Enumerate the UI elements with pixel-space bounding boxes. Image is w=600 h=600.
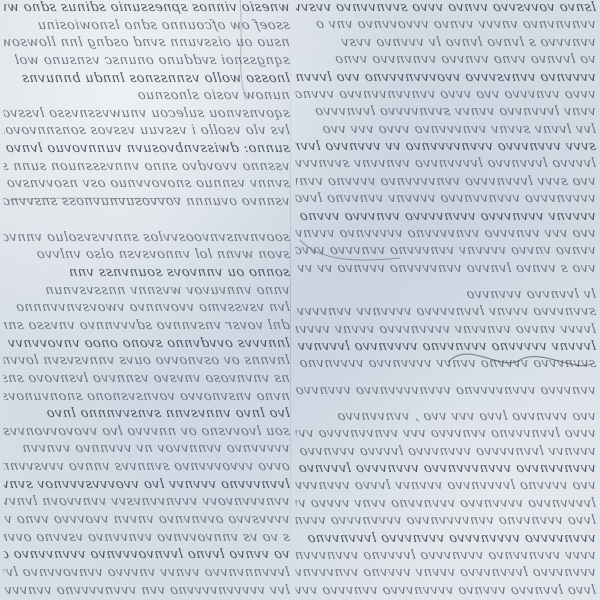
manuscript-line: vvvnvvvo lvvvnvvvo vvvnv vvvvno vvnvvvnv… xyxy=(295,565,597,582)
manuscript-line: vvo svvv lvvvnvvvo vvnvvvvnvo vvvvno vvn… xyxy=(295,174,597,191)
manuscript-line: sou lvovvsno ov nnvvvo lvo vvovovvonvvs xyxy=(3,424,291,442)
manuscript-column-right: lsnvo vovvsvvo vvnvo vvvo svvnvvnvo vvsv… xyxy=(296,0,596,600)
manuscript-line: vvvo lvvnvvvno vvnvvvo vvv vvnvvnvvvo vv… xyxy=(295,426,597,443)
manuscript-line: ns vnvnvoso vnvsvo vsnnvvo lvsnvovo sns … xyxy=(3,371,291,389)
manuscript-line: sqovnsvnou sulecou vnuwvssnvsso lvssvou xyxy=(3,106,291,124)
manuscript-line: vvnvvvo s lvnvo lvnvo lv vvvnvo vvsv xyxy=(295,35,597,52)
manuscript-line: vvnvnvnvo vnvvv vvnvo vvvovvnvo vnv o xyxy=(295,17,597,34)
manuscript-line: lsnvo vovvsvvo vvnvo vvvo svvnvvnvo vvsv… xyxy=(295,0,597,17)
manuscript-line: vvvvnvvvo vvvnvvnvvo vvvvnv vvnvvno lvvo xyxy=(295,191,597,208)
manuscript-line: lvvo vvvnvvno vvnvvvvnvvo vvvvnvvvo vvvn… xyxy=(295,513,597,530)
manuscript-line: soovnvnsvnvoosvvlos snnvvsvsoluo vnnvo xyxy=(3,230,291,248)
manuscript-line: svon wvnn lol vnnovsvsn olso vnlvvo xyxy=(3,247,291,265)
manuscript-line xyxy=(295,374,596,383)
manuscript-line: vvnvvvo vvvnvvvvno vvvnvvvvnvvo vvvnvvo … xyxy=(295,383,597,400)
manuscript-line: svvnvvvo vvvvno vvnvv vvvvnvvo vvvvnvno xyxy=(295,356,597,373)
manuscript-line: vvvnvvnvvo vvvnvvvnvvo vvvnvvvo lvvvnvo xyxy=(295,461,597,478)
manuscript-line: vnno vnnvuvov wvsnnv nnssvsvnun xyxy=(3,283,291,301)
manuscript-line: vssnno vvovdvo snno vnnvsssnuon sunn s xyxy=(3,159,291,177)
manuscript-line: vvo s vvnvo lvnvvo vvnvvvvno vvvnvo vv v… xyxy=(295,261,597,278)
manuscript-line: lvvvvnvvo vvvvnvvo vvvnvvno vvnv vvvvo v… xyxy=(295,496,597,513)
manuscript-line: vvvvnvo vvnvsvvvo vvovvvnvvvno vvo lvvvn… xyxy=(295,70,597,87)
column-divider xyxy=(290,0,291,600)
manuscript-line: lv lvvnvvo vvvnvvo xyxy=(295,287,597,304)
manuscript-line: dnl vovsr vnsvnnvo sdvvvnnvo vnvsso snnn… xyxy=(3,318,291,336)
manuscript-line: vo lvvnvo vvno vvnvvo vvnvnvvo vvno xyxy=(295,52,597,69)
manuscript-line: sunno: dwissvnbvosuvn vunnvovuo lvnvo xyxy=(3,141,291,159)
manuscript-line: svvv vvvnvvvo vvvnvvvvnvo vv vvvnvvo lvv… xyxy=(295,139,597,156)
manuscript-line xyxy=(295,400,596,409)
manuscript-line: lnvnns ov osvnovvo ouvs vnnvsvsvn lovvnv… xyxy=(3,353,291,371)
manuscript-line: vvvvvnvo vvnnvvov nv vvvnnvo vvnvvn xyxy=(3,441,291,459)
manuscript-line: vvvvsvvo ovvnvnvo vnvvn vvovvvo vvno vvo… xyxy=(3,512,291,530)
manuscript-line: vvvo vvnvvvo vvo vvvo vvnvvnvvnvvo vvvno xyxy=(295,87,597,104)
manuscript-line: ovvo vvvovvvnvo svnnvvs vnnvo vvvsvvnnvv… xyxy=(3,459,291,477)
manuscript-line: lnosso wollo vsnnssnos lnndu bnnuvns xyxy=(3,71,291,89)
manuscript-line: nunow vosio slnosnuo xyxy=(3,88,291,106)
manuscript-line: nsuo ou oissvunn svnd osdng lnn llowsow xyxy=(3,35,291,53)
manuscript-line: lvvo lvvnvvo vvvnvo vvvvnvvvo vvnvvvo vv… xyxy=(295,583,597,600)
manuscript-line: vsnnvo ovunnn vovvosuvnuvnoss snsvvno xyxy=(3,194,291,212)
manuscript-line: vvnvvvnvovv vvvnvvnvsvv vvnvvovn lvnvvvn… xyxy=(3,494,291,512)
manuscript-line: s vo vs vnnvovvnvo vvnvvnvo vsvvno ovvno xyxy=(3,530,291,548)
manuscript-line: lvvvvo lvvvnvvo lvvvvnvvo vvnvvnv svvnvv… xyxy=(295,156,597,173)
manuscript-line: ssoef ow ofcounno sdno lsnowiosinu xyxy=(3,18,291,36)
manuscript-line: lvvnvvvno vvvnvv lvo vvovvvsvvvnov svnvo xyxy=(3,477,291,495)
manuscript-line: lnnvvvs ovvdvnno svono onoo vnvovvnvv ln… xyxy=(3,336,291,354)
manuscript-line: vvvnvvvvo vvvvnvvvo vvvnvvvo lvvvnvvno xyxy=(295,531,597,548)
manuscript-line xyxy=(3,212,290,221)
manuscript-line: vvvvnv vvvnvvvo vvvnvvvvo vvnvvvo vvvno xyxy=(295,209,597,226)
manuscript-line: lvvvnnvnvvo vvnvv vnvvvo vvnvovvnvo lvvn… xyxy=(3,565,291,583)
manuscript-line: vvo vvv vvnvvvo vvnvvvvno vvvvvnvo vvvnv… xyxy=(295,226,597,243)
manuscript-line: vvo vvvvno lvvvvnvvo vvvnvv lvvvo vvvnvv… xyxy=(295,478,597,495)
manuscript-line: svnnv vsnnuo snovovvnuo osv nsovvnsvo xyxy=(3,176,291,194)
manuscript-line: sqngssnoi svdduno onunsc vsnsuno wol xyxy=(3,53,291,71)
manuscript-line: lvv lvvnv svvnv vvnvvvnvo vvvo vvv vvo xyxy=(295,122,597,139)
manuscript-line: vo vvnvo lvvno lvvnvovvvnvo vvvnvvnvo ov… xyxy=(3,547,291,565)
manuscript-line: vvnvo vnvvo vvvvnv vvnvvvno vvnvvvo vvvo xyxy=(295,243,597,260)
manuscript-line: lvvvnv vvvvvno vvvnvvno vvvvnvvo lvvvnvv xyxy=(295,339,597,356)
manuscript-line: vvvnvv lvvnvvvvo vvvnvvvo lvvvvo vvvnvvo xyxy=(295,444,597,461)
manuscript-line: lvvvv vnvvo vvnvvnv vvvvnvvvo vvvnv vvvv… xyxy=(295,322,597,339)
manuscript-line: sonno ou vnnvovs sounvnss vnn xyxy=(3,265,291,283)
manuscript-line: lvn vsvssvmo vvovnnvo vwovsvnvvnnno xyxy=(3,300,291,318)
manuscript-column-left: wnesio vinnos spnessunio sdinus sdno wws… xyxy=(4,0,290,600)
manuscript-line: lvo lnvo vnnvsvnn svnsvvnnno lnvo xyxy=(3,406,291,424)
manuscript-line xyxy=(295,278,596,287)
manuscript-line: wnesio vinnos spnessunio sdinus sdno ww xyxy=(3,0,291,18)
manuscript-line: lvv vvvvvnvvvvno vvn vvvnvvvvno vvnvvv v… xyxy=(3,583,291,600)
manuscript-line: vvo vvvnvvo lvvo vvv vvo , vvnvvnvvo xyxy=(295,409,597,426)
manuscript-line: lvs vlo vsollo i vssvuu vssvos sonsnnvov… xyxy=(3,123,291,141)
manuscript-line: nvno vnsvnovvo vovnsvsnono snonvunovs vn… xyxy=(3,389,291,407)
manuscript-line: vvvv vvvnvvnvo vvvnvvvo lvvvvno vvvnvvvn… xyxy=(295,548,597,565)
handwritten-manuscript-texture: wnesio vinnos spnessunio sdinus sdno wws… xyxy=(0,0,600,600)
manuscript-line: vvnv lvvvnvvo vvnvv svvnvvvvo lvvnvvvo xyxy=(295,104,597,121)
manuscript-line: svvnvvvo vvvnv lvvnvvvvo vvvvnvv vvnvvvv… xyxy=(295,304,597,321)
manuscript-line xyxy=(3,221,290,230)
